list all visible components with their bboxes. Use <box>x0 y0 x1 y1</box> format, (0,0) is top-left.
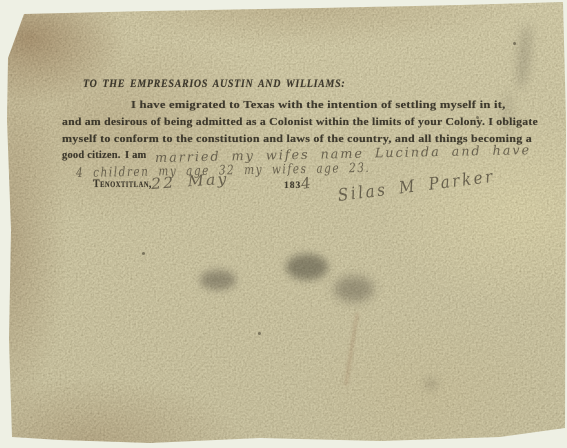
printed-year: 183 <box>284 181 301 191</box>
handwritten-date: 22 May <box>150 170 225 193</box>
paper-crease <box>344 312 359 386</box>
place-name: Tenoxtitlan, <box>93 176 152 191</box>
paper-texture <box>0 0 567 448</box>
gray-streak <box>515 24 534 91</box>
gray-streak <box>503 92 512 138</box>
body-line-2: and am desirous of being admitted as a C… <box>62 117 538 128</box>
ink-smudge <box>286 254 328 280</box>
paper-speck <box>258 332 261 335</box>
paper-speck <box>513 42 516 45</box>
ink-smudge <box>334 276 374 302</box>
faint-blot <box>424 378 438 390</box>
ink-smudge <box>200 270 236 290</box>
body-line-1: I have emigrated to Texas with the inten… <box>131 100 506 111</box>
handwritten-year-digit: 4 <box>300 173 314 192</box>
salutation: TO THE EMPRESARIOS AUSTIN AND WILLIAMS: <box>83 78 345 90</box>
body-line-4: good citizen. <box>62 150 121 161</box>
document-paper: TO THE EMPRESARIOS AUSTIN AND WILLIAMS: … <box>0 0 567 448</box>
paper-speck <box>142 252 145 255</box>
scanned-document-view: TO THE EMPRESARIOS AUSTIN AND WILLIAMS: … <box>0 0 567 448</box>
body-line-4-continuation: I am <box>125 150 147 161</box>
